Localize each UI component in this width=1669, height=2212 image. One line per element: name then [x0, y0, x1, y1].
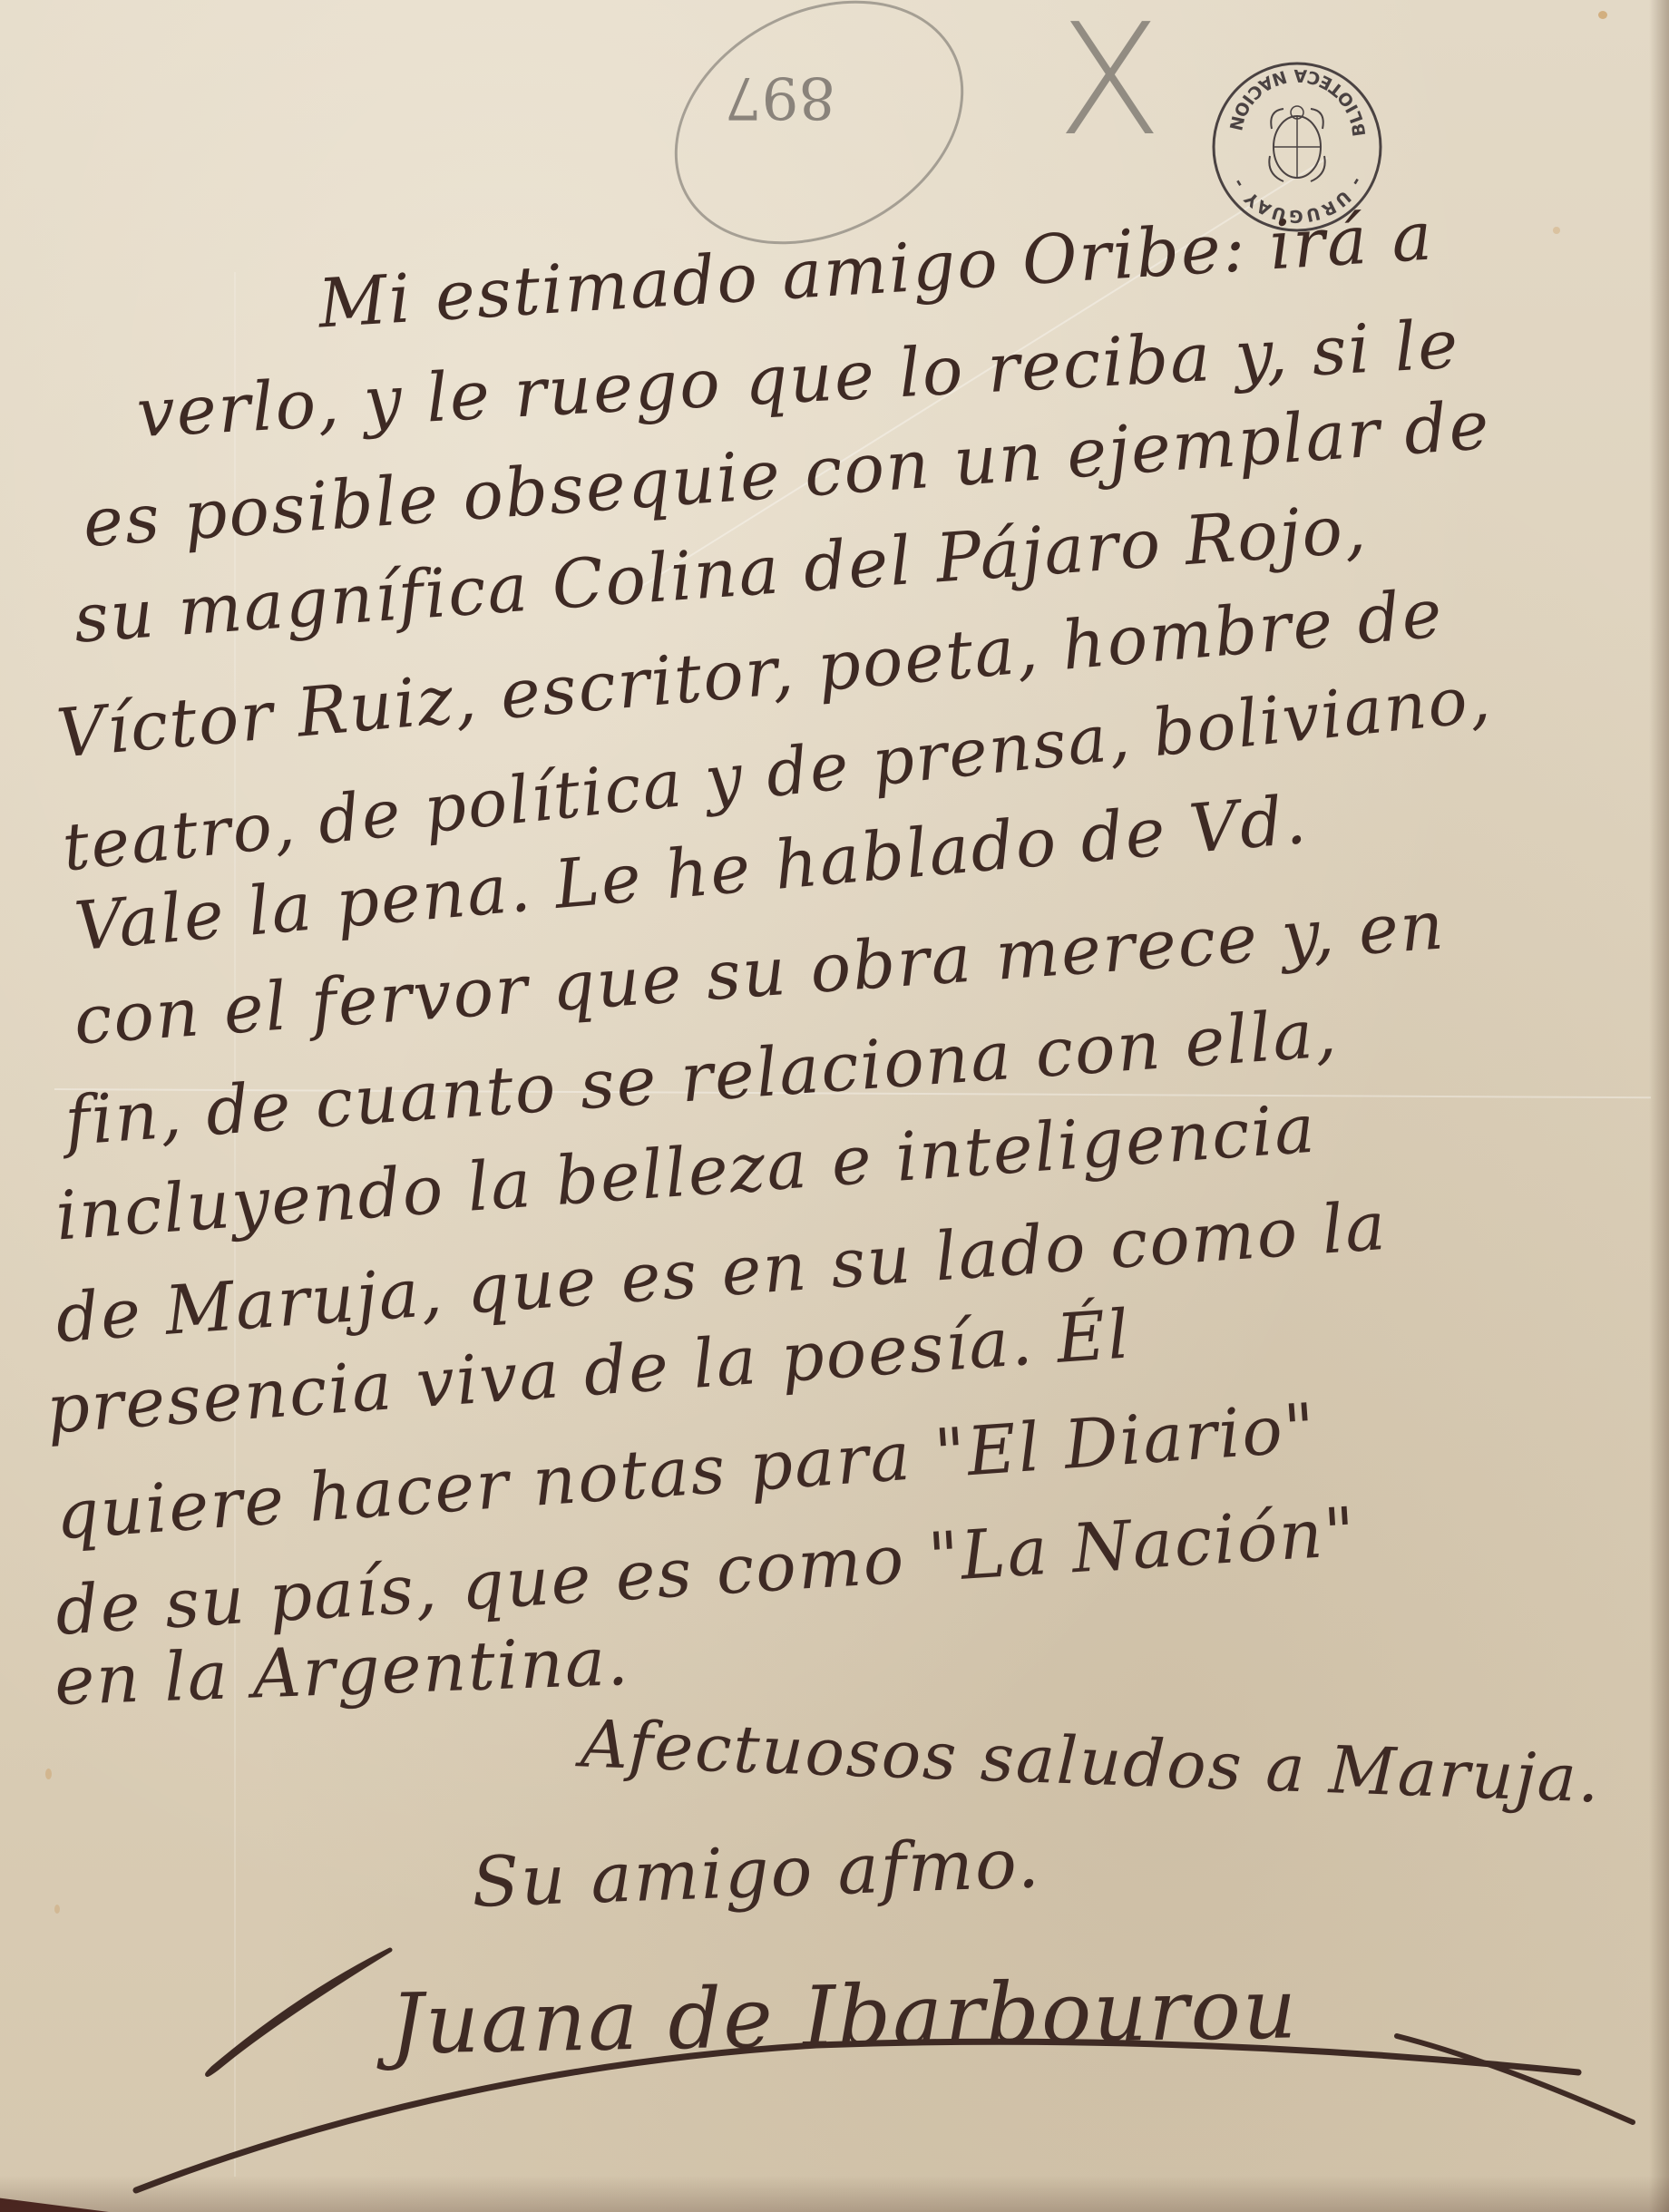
signature-flourish-icon [0, 1678, 1669, 2212]
pencil-catalog-number: 897 [708, 63, 853, 131]
letter-paper: 897 X - URUGUAY - BIBLIOTECA NACIONAL Mi… [0, 0, 1669, 2212]
pencil-x-mark: X [1057, 0, 1162, 171]
foxing-spot [1553, 227, 1560, 234]
coat-of-arms-icon [1269, 106, 1324, 181]
foxing-spot [1598, 11, 1607, 19]
